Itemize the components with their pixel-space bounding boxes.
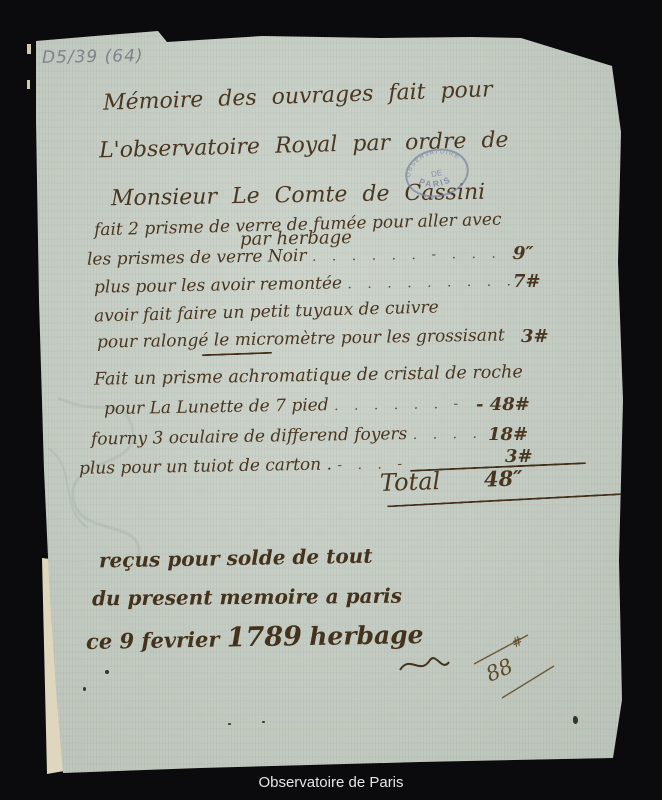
paper-speck bbox=[228, 723, 231, 725]
amount: 18# bbox=[488, 424, 528, 445]
date-line: ce 9 fevrier 1789 herbage bbox=[86, 619, 424, 656]
memo-line-text: pour La Lunette de 7 pied bbox=[104, 395, 329, 419]
pencil-value: 88 bbox=[482, 654, 516, 687]
receipt-line: du present memoire a paris bbox=[92, 584, 402, 611]
memo-line: plus pour les avoir remontée . . . . . .… bbox=[94, 270, 515, 297]
memo-line: plus pour un tuiot de carton . - . . - bbox=[79, 453, 406, 479]
ink-blot bbox=[573, 716, 578, 724]
memo-line-text: avoir fait faire un petit tuyaux de cuiv… bbox=[94, 297, 439, 326]
paper-sliver bbox=[27, 80, 30, 89]
memo-line-text: pour ralongé le micromètre pour les gros… bbox=[97, 325, 505, 352]
year-text: 1789 bbox=[226, 621, 302, 653]
amount: 7# bbox=[513, 271, 541, 292]
paper-speck bbox=[262, 721, 265, 723]
pencil-sum-note: # 88 bbox=[468, 626, 564, 708]
manuscript-paper: D5/39 (64) Mémoire des ouvrages fait pou… bbox=[0, 0, 662, 800]
memo-line: Fait un prisme achromatique de cristal d… bbox=[94, 362, 523, 389]
photograph-scene: D5/39 (64) Mémoire des ouvrages fait pou… bbox=[0, 0, 662, 800]
amount: 9″ bbox=[513, 243, 534, 264]
date-text: ce 9 fevrier bbox=[86, 627, 220, 654]
memo-line: les prismes de verre Noir . . . . . . - … bbox=[87, 242, 520, 270]
memo-line-text: les prismes de verre Noir bbox=[87, 246, 307, 270]
dot-leader: . . . . . . - . . . . bbox=[312, 245, 520, 265]
paper-speck bbox=[83, 687, 86, 691]
paper-sliver bbox=[27, 44, 31, 54]
pencil-hash: # bbox=[510, 634, 526, 652]
memo-line-text: fourny 3 oculaire de differend foyers bbox=[91, 424, 408, 450]
amount: - 48# bbox=[476, 394, 530, 415]
archive-reference-note: D5/39 (64) bbox=[42, 46, 144, 68]
dot-leader: . . . . . . - bbox=[334, 396, 462, 414]
total-value: 48″ bbox=[484, 465, 523, 491]
amount: 3# bbox=[521, 326, 549, 347]
signature: herbage bbox=[309, 620, 424, 651]
memo-line-text: Fait un prisme achromatique de cristal d… bbox=[94, 362, 523, 389]
memo-line-text: plus pour un tuiot de carton . bbox=[79, 454, 332, 478]
memo-line: avoir fait faire un petit tuyaux de cuiv… bbox=[94, 297, 439, 326]
total-label: Total bbox=[380, 467, 441, 497]
photo-caption: Observatoire de Paris bbox=[0, 774, 662, 791]
dot-leader: . . . . . . . . . bbox=[347, 273, 515, 292]
receipt-line: reçus pour solde de tout bbox=[99, 544, 373, 573]
signature-flourish bbox=[398, 652, 452, 678]
memo-line: pour ralongé le micromètre pour les gros… bbox=[97, 325, 505, 352]
paper-speck bbox=[105, 670, 109, 674]
ink-rule bbox=[202, 352, 272, 356]
memo-title-line: Mémoire des ouvrages fait pour bbox=[103, 77, 493, 116]
memo-line-text: plus pour les avoir remontée bbox=[94, 273, 342, 297]
